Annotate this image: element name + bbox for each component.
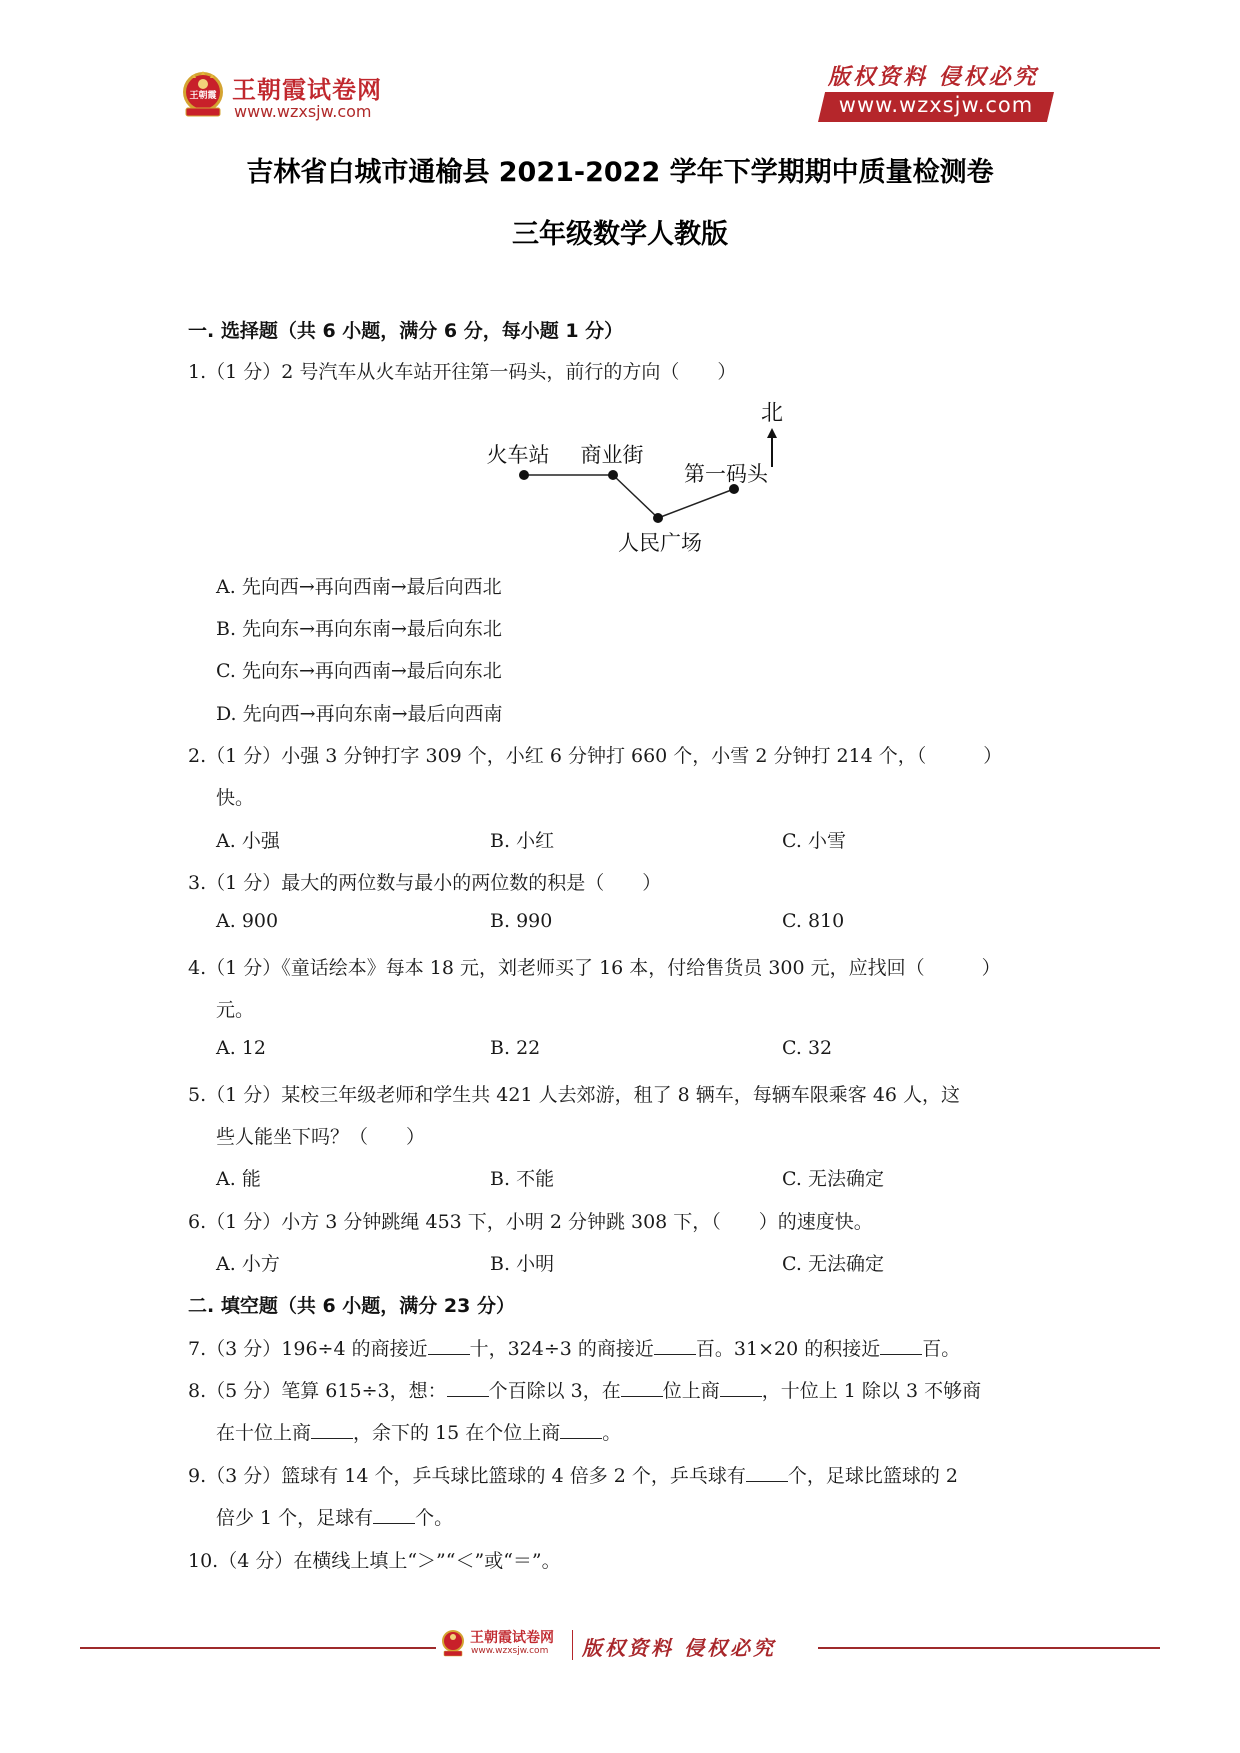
question-number: 1. xyxy=(188,361,206,383)
question-5: 5.（1 分）某校三年级老师和学生共 421 人去郊游，租了 8 辆车，每辆车限… xyxy=(188,1080,960,1107)
svg-text:火车站: 火车站 xyxy=(487,443,550,467)
answer-blank[interactable] xyxy=(447,1378,489,1397)
option-3c[interactable]: C. 810 xyxy=(782,910,844,932)
option-5b[interactable]: B. 不能 xyxy=(490,1164,554,1191)
footer-logo-url[interactable]: www.wzxsjw.com xyxy=(471,1646,548,1656)
answer-blank[interactable] xyxy=(880,1336,922,1355)
question-8: 8.（5 分）笔算 615÷3，想：个百除以 3，在位上商，十位上 1 除以 3… xyxy=(188,1376,981,1403)
route-map-figure: 北 火车站 商业街 人民广场 第一码头 xyxy=(470,390,830,570)
answer-blank[interactable] xyxy=(311,1420,353,1439)
option-1a[interactable]: A. 先向西→再向西南→最后向西北 xyxy=(216,572,502,599)
question-9-cont: 倍少 1 个，足球有个。 xyxy=(216,1503,453,1530)
question-2: 2.（1 分）小强 3 分钟打字 309 个，小红 6 分钟打 660 个，小雪… xyxy=(188,741,1002,768)
question-10: 10.（4 分）在横线上填上“＞”“＜”或“＝”。 xyxy=(188,1546,561,1573)
option-1d[interactable]: D. 先向西→再向东南→最后向西南 xyxy=(216,699,503,726)
option-6c[interactable]: C. 无法确定 xyxy=(782,1249,884,1276)
answer-blank[interactable] xyxy=(560,1420,602,1439)
copyright-text: 版权资料 侵权必究 xyxy=(828,60,1039,91)
option-2c[interactable]: C. 小雪 xyxy=(782,826,846,853)
question-3: 3.（1 分）最大的两位数与最小的两位数的积是（ ） xyxy=(188,868,661,895)
footer-rule-right xyxy=(818,1647,1160,1649)
option-1c[interactable]: C. 先向东→再向西南→最后向东北 xyxy=(216,656,502,683)
question-1: 1.（1 分）2 号汽车从火车站开往第一码头，前行的方向（ ） xyxy=(188,357,736,384)
svg-text:第一码头: 第一码头 xyxy=(684,462,769,486)
logo-url[interactable]: www.wzxsjw.com xyxy=(234,102,371,121)
question-4: 4.（1 分）《童话绘本》每本 18 元，刘老师买了 16 本，付给售货员 30… xyxy=(188,953,1001,980)
option-5c[interactable]: C. 无法确定 xyxy=(782,1164,884,1191)
copyright-url[interactable]: www.wzxsjw.com xyxy=(818,93,1054,117)
question-7: 7.（3 分）196÷4 的商接近十，324÷3 的商接近百。31×20 的积接… xyxy=(188,1334,960,1361)
section-heading-fill: 二. 填空题（共 6 小题，满分 23 分） xyxy=(188,1291,515,1318)
route-diagram: 北 火车站 商业街 人民广场 第一码头 xyxy=(470,390,830,570)
footer-rule-left xyxy=(80,1647,436,1649)
svg-text:人民广场: 人民广场 xyxy=(618,531,702,555)
north-arrow-icon xyxy=(767,428,777,438)
question-text: （1 分）2 号汽车从火车站开往第一码头，前行的方向（ ） xyxy=(206,361,736,383)
answer-blank[interactable] xyxy=(428,1336,470,1355)
option-3a[interactable]: A. 900 xyxy=(216,910,278,932)
document-subtitle: 三年级数学人教版 xyxy=(0,212,1240,251)
option-4b[interactable]: B. 22 xyxy=(490,1037,540,1059)
answer-blank[interactable] xyxy=(654,1336,696,1355)
svg-text:王朝霞: 王朝霞 xyxy=(189,89,216,101)
section-heading-choice: 一. 选择题（共 6 小题，满分 6 分，每小题 1 分） xyxy=(188,316,623,343)
option-3b[interactable]: B. 990 xyxy=(490,910,552,932)
site-logo: 王朝霞 王朝霞试卷网 www.wzxsjw.com xyxy=(180,68,410,128)
question-8-cont: 在十位上商，余下的 15 在个位上商。 xyxy=(216,1418,621,1445)
footer-logo-title: 王朝霞试卷网 xyxy=(470,1627,554,1647)
option-6a[interactable]: A. 小方 xyxy=(216,1249,280,1276)
svg-text:商业街: 商业街 xyxy=(581,443,644,467)
question-4-cont: 元。 xyxy=(216,995,254,1022)
footer-logo: 王朝霞试卷网 www.wzxsjw.com 版权资料 侵权必究 xyxy=(440,1626,810,1670)
answer-blank[interactable] xyxy=(720,1378,762,1397)
question-9: 9.（3 分）篮球有 14 个，乒乓球比篮球的 4 倍多 2 个，乒乓球有个，足… xyxy=(188,1461,958,1488)
option-1b[interactable]: B. 先向东→再向东南→最后向东北 xyxy=(216,614,502,641)
option-6b[interactable]: B. 小明 xyxy=(490,1249,554,1276)
logo-title: 王朝霞试卷网 xyxy=(232,70,382,105)
footer-emblem-icon xyxy=(440,1628,466,1658)
question-2-cont: 快。 xyxy=(216,783,254,810)
copyright-badge: 版权资料 侵权必究 www.wzxsjw.com xyxy=(818,60,1058,130)
option-4c[interactable]: C. 32 xyxy=(782,1037,832,1059)
footer-copyright: 版权资料 侵权必究 xyxy=(582,1632,776,1661)
option-2a[interactable]: A. 小强 xyxy=(216,826,280,853)
answer-blank[interactable] xyxy=(373,1505,415,1524)
svg-text:北: 北 xyxy=(761,401,783,426)
document-title: 吉林省白城市通榆县 2021-2022 学年下学期期中质量检测卷 xyxy=(0,150,1240,189)
answer-blank[interactable] xyxy=(621,1378,663,1397)
answer-blank[interactable] xyxy=(746,1463,788,1482)
option-2b[interactable]: B. 小红 xyxy=(490,826,554,853)
option-4a[interactable]: A. 12 xyxy=(216,1037,266,1059)
emblem-icon: 王朝霞 xyxy=(180,70,226,120)
footer-divider xyxy=(572,1630,573,1660)
option-5a[interactable]: A. 能 xyxy=(216,1164,261,1191)
question-6: 6.（1 分）小方 3 分钟跳绳 453 下，小明 2 分钟跳 308 下，（ … xyxy=(188,1207,873,1234)
question-5-cont: 些人能坐下吗？（ ） xyxy=(216,1122,425,1149)
